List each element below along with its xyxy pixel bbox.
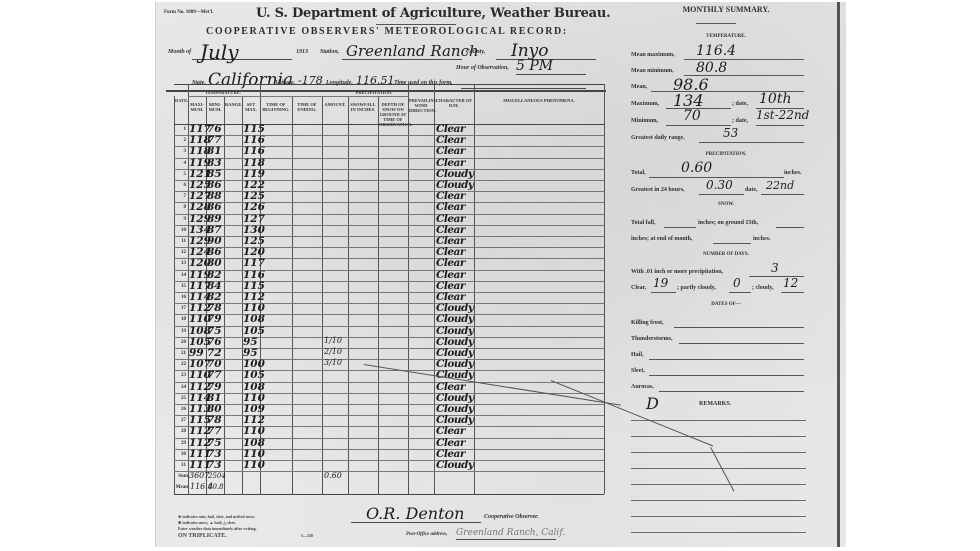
row-date: 20	[172, 340, 186, 345]
row-date: 30	[172, 452, 186, 457]
set-max-cell: 116	[243, 134, 265, 146]
column-divider	[604, 84, 605, 494]
table-row: 211877116Clear	[174, 135, 604, 146]
row-date: 28	[172, 429, 186, 434]
set-max-cell: 120	[243, 246, 265, 258]
character-of-day-cell: Clear	[436, 437, 465, 449]
summary-title: MONTHLY SUMMARY.	[611, 5, 841, 14]
table-row: 812886126Clear	[174, 202, 604, 213]
column-header: TIME OF BEGINNING.	[261, 102, 291, 112]
character-of-day-cell: Clear	[436, 190, 465, 202]
table-row: 912989127Clear	[174, 214, 604, 225]
partly-cloudy-label: ; partly cloudy,	[677, 285, 716, 291]
footnote-3: Enter weather data immediately after wri…	[178, 526, 257, 531]
row-date: 15	[172, 284, 186, 289]
set-max-cell: 110	[243, 302, 265, 314]
min-temp-cell: 86	[207, 246, 222, 258]
set-max-cell: 108	[243, 381, 265, 393]
table-row: 111776115Clear	[174, 124, 604, 135]
character-of-day-cell: Cloudy	[436, 358, 473, 370]
observer-line	[351, 522, 481, 523]
remarks-line	[631, 420, 806, 421]
partly-cloudy-value: 0	[733, 276, 741, 290]
auroras-line	[659, 391, 804, 392]
min-temp-cell: 87	[207, 224, 222, 236]
character-of-day-cell: Cloudy	[436, 414, 473, 426]
snow-ground-label: inches; on ground 15th,	[698, 220, 758, 226]
min-temp-cell: 89	[207, 213, 222, 225]
min-temp-cell: 86	[207, 201, 222, 213]
character-of-day-cell: Cloudy	[436, 325, 473, 337]
greatest-24h-date-label: date,	[745, 187, 758, 193]
row-date: 8	[172, 205, 186, 210]
row-date: 9	[172, 217, 186, 222]
set-max-cell: 116	[243, 269, 265, 281]
min-temp-cell: 75	[207, 325, 222, 337]
row-date: 17	[172, 306, 186, 311]
daily-range-label: Greatest daily range,	[631, 135, 685, 141]
min-temp-cell: 83	[207, 157, 222, 169]
character-of-day-cell: Cloudy	[436, 168, 473, 180]
min-temp-cell: 75	[207, 437, 222, 449]
min-temp-cell: 73	[207, 459, 222, 471]
table-row: 1312080117Clear	[174, 258, 604, 269]
column-header: SET MAX.	[243, 102, 259, 112]
character-of-day-cell: Clear	[436, 291, 465, 303]
table-row: 2611380109Cloudy	[174, 404, 604, 415]
table-row: 3111173110Cloudy	[174, 460, 604, 471]
sum-precip: 0.60	[324, 471, 342, 480]
remarks-line	[631, 516, 806, 517]
set-max-cell: 130	[243, 224, 265, 236]
table-row: 2311077105Cloudy	[174, 370, 604, 381]
thunderstorms-label: Thunderstorms,	[631, 336, 673, 342]
min-date-label: ; date,	[732, 118, 748, 124]
min-temp-cell: 81	[207, 392, 222, 404]
set-max-cell: 125	[243, 235, 265, 247]
mean-min-label: Mean minimum,	[631, 68, 674, 74]
min-temp-cell: 90	[207, 235, 222, 247]
min-temp-cell: 70	[207, 358, 222, 370]
set-max-cell: 119	[243, 168, 265, 180]
min-temp-cell: 76	[207, 123, 222, 135]
row-date: 6	[172, 183, 186, 188]
daily-range-value: 53	[723, 126, 738, 140]
set-max-cell: 110	[243, 459, 265, 471]
remarks-line	[631, 484, 806, 485]
remarks-line	[631, 468, 806, 469]
character-of-day-cell: Clear	[436, 123, 465, 135]
precip-amount-cell: 3/10	[324, 358, 342, 367]
table-row: 712788125Clear	[174, 191, 604, 202]
clear-days-line	[651, 292, 676, 293]
column-header: RANGE.	[225, 102, 241, 107]
mean-max-value: 116.4	[696, 43, 736, 59]
table-row: 1112990125Clear	[174, 236, 604, 247]
hour-value: 5 PM	[516, 58, 553, 74]
precipitation-group-header: PRECIPITATION.	[294, 90, 454, 95]
row-date: 31	[172, 463, 186, 468]
set-max-cell: 115	[243, 280, 265, 292]
character-of-day-cell: Clear	[436, 134, 465, 146]
column-header: MAXI-MUM.	[189, 102, 205, 112]
sum-min: 2504	[208, 472, 226, 480]
character-of-day-cell: Clear	[436, 201, 465, 213]
minimum-label: Minimum,	[631, 118, 658, 124]
precip-amount-cell: 2/10	[324, 347, 342, 356]
table-row: 3011173110Clear	[174, 449, 604, 460]
character-of-day-cell: Clear	[436, 257, 465, 269]
station-label: Station,	[320, 49, 339, 55]
character-of-day-cell: Clear	[436, 246, 465, 258]
set-max-cell: 127	[243, 213, 265, 225]
cloudy-days-line	[781, 292, 804, 293]
row-divider	[174, 471, 604, 472]
row-date: 11	[172, 239, 186, 244]
mean-label: Mean	[174, 485, 188, 490]
set-max-cell: 116	[243, 145, 265, 157]
remarks-line	[631, 532, 806, 533]
character-of-day-cell: Clear	[436, 235, 465, 247]
table-row: 2010576951/10Cloudy	[174, 337, 604, 348]
set-max-cell: 110	[243, 392, 265, 404]
remarks-line	[631, 500, 806, 501]
table-row: 612586122Cloudy	[174, 180, 604, 191]
character-of-day-cell: Clear	[436, 269, 465, 281]
character-of-day-cell: Cloudy	[436, 347, 473, 359]
remarks-heading: REMARKS.	[699, 401, 731, 407]
mean-label: Mean,	[631, 84, 647, 90]
character-of-day-cell: Clear	[436, 425, 465, 437]
character-of-day-cell: Clear	[436, 224, 465, 236]
min-temp-cell: 81	[207, 145, 222, 157]
minimum-value: 70	[683, 108, 701, 124]
observer-signature: O.R. Denton	[366, 504, 464, 523]
cloudy-days-value: 12	[783, 276, 798, 290]
form-code: 5—258	[301, 533, 313, 538]
column-header: CHARACTER OF DAY.	[435, 98, 473, 108]
set-max-cell: 118	[243, 157, 265, 169]
set-max-cell: 122	[243, 179, 265, 191]
greatest-24h-date-line	[761, 194, 804, 195]
mean-min-value: 80.8	[696, 60, 727, 76]
max-temp-cell: 99	[189, 347, 204, 359]
hour-field-line	[516, 74, 586, 75]
min-temp-cell: 80	[207, 403, 222, 415]
auroras-label: Auroras,	[631, 384, 654, 390]
county-label: County,	[466, 49, 485, 55]
row-date: 2	[172, 138, 186, 143]
table-row: 1811079108Cloudy	[174, 314, 604, 325]
table-row: 1611482112Clear	[174, 292, 604, 303]
snow-heading: SNOW.	[611, 202, 841, 207]
column-header: MINI-MUM.	[207, 102, 223, 112]
min-temp-cell: 86	[207, 179, 222, 191]
min-temp-cell: 84	[207, 280, 222, 292]
character-of-day-cell: Cloudy	[436, 313, 473, 325]
min-temp-cell: 78	[207, 302, 222, 314]
row-date: 10	[172, 228, 186, 233]
daily-observations-table: TEMPERATURE. PRECIPITATION. DATE.MAXI-MU…	[174, 84, 604, 504]
hour-label: Hour of Observation,	[456, 65, 509, 71]
row-date: 23	[172, 373, 186, 378]
character-of-day-cell: Clear	[436, 145, 465, 157]
table-row: 1910875105Cloudy	[174, 326, 604, 337]
snow-end-label: inches; at end of month,	[631, 236, 693, 242]
max-date-label: ; date,	[732, 101, 748, 107]
number-of-days-heading: NUMBER OF DAYS.	[611, 252, 841, 257]
remarks-line	[631, 436, 806, 437]
set-max-cell: 105	[243, 325, 265, 337]
maximum-label: Maximum,	[631, 101, 659, 107]
character-of-day-cell: Clear	[436, 448, 465, 460]
greatest-24h-label: Greatest in 24 hours,	[631, 187, 685, 193]
form-number: Form No. 1009—Met'l.	[164, 10, 213, 15]
row-date: 14	[172, 273, 186, 278]
snow-end-inches-label: inches.	[753, 236, 771, 242]
set-max-cell: 110	[243, 425, 265, 437]
min-temp-cell: 73	[207, 448, 222, 460]
row-date: 21	[172, 351, 186, 356]
column-header: MISCELLANEOUS PHENOMENA.	[475, 98, 603, 103]
killing-frost-line	[674, 327, 804, 328]
year-label: 1913	[296, 49, 308, 55]
clear-days-value: 19	[653, 276, 668, 290]
precip-amount-cell: 1/10	[324, 336, 342, 345]
set-max-cell: 117	[243, 257, 265, 269]
set-max-cell: 126	[243, 201, 265, 213]
snow-total-line	[664, 227, 696, 228]
row-date: 5	[172, 172, 186, 177]
table-row: 219972952/10Cloudy	[174, 348, 604, 359]
set-max-cell: 100	[243, 358, 265, 370]
month-label: Month of	[168, 49, 191, 55]
post-office-line	[456, 539, 556, 540]
row-date: 18	[172, 317, 186, 322]
min-temp-cell: 77	[207, 425, 222, 437]
greatest-24h-value: 0.30	[706, 178, 733, 192]
set-max-cell: 95	[243, 336, 258, 348]
row-date: 16	[172, 295, 186, 300]
mean-max-label: Mean maximum,	[631, 52, 675, 58]
character-of-day-cell: Clear	[436, 280, 465, 292]
set-max-cell: 112	[243, 291, 265, 303]
sleet-line	[649, 375, 804, 376]
table-row: 311881116Clear	[174, 146, 604, 157]
table-row: 1711278110Cloudy	[174, 303, 604, 314]
thunderstorms-line	[679, 343, 804, 344]
hail-line	[649, 359, 804, 360]
post-office-value: Greenland Ranch, Calif.	[456, 528, 565, 538]
greatest-24h-date-value: 22nd	[766, 179, 794, 192]
row-date: 12	[172, 250, 186, 255]
snow-total-label: Total fall,	[631, 220, 655, 226]
set-max-cell: 110	[243, 448, 265, 460]
row-date: 13	[172, 261, 186, 266]
min-temp-cell: 77	[207, 369, 222, 381]
row-date: 26	[172, 407, 186, 412]
column-header: PREVAILING WIND DIRECTION.	[409, 98, 433, 113]
precipitation-heading: PRECIPITATION.	[611, 152, 841, 157]
row-date: 1	[172, 127, 186, 132]
sum-label: Sum	[174, 474, 188, 479]
character-of-day-cell: Cloudy	[436, 336, 473, 348]
clear-days-label: Clear,	[631, 285, 646, 291]
table-row: 2711578112Cloudy	[174, 415, 604, 426]
set-max-cell: 105	[243, 369, 265, 381]
station-value: Greenland Ranch	[346, 42, 479, 60]
monthly-summary: MONTHLY SUMMARY. TEMPERATURE. Mean maxim…	[611, 2, 841, 547]
temperature-group-header: TEMPERATURE.	[188, 90, 258, 95]
min-temp-cell: 85	[207, 168, 222, 180]
set-max-cell: 95	[243, 347, 258, 359]
column-header: DATE.	[175, 98, 187, 103]
row-date: 4	[172, 161, 186, 166]
remarks-line	[631, 452, 806, 453]
department-title: U. S. Department of Agriculture, Weather…	[256, 6, 610, 21]
row-date: 22	[172, 362, 186, 367]
min-temp-cell: 72	[207, 347, 222, 359]
mean-min: 80.8	[208, 483, 224, 491]
character-of-day-cell: Cloudy	[436, 179, 473, 191]
character-of-day-cell: Cloudy	[436, 403, 473, 415]
sleet-label: Sleet,	[631, 368, 645, 374]
sum-max: 3607	[189, 471, 209, 480]
set-max-cell: 108	[243, 437, 265, 449]
precip-days-label: With .01 inch or more precipitation,	[631, 269, 723, 275]
observer-label: Cooperative Observer.	[484, 514, 539, 520]
precip-total-value: 0.60	[681, 160, 712, 176]
table-row: 1411982116Clear	[174, 270, 604, 281]
footnote-1: ⊕ indicates rain, hail, sleet, and melte…	[178, 514, 255, 519]
partly-cloudy-line	[729, 292, 751, 293]
row-date: 3	[172, 149, 186, 154]
table-row: 1511784115Clear	[174, 281, 604, 292]
row-date: 19	[172, 329, 186, 334]
min-temp-cell: 77	[207, 134, 222, 146]
table-row: 2811277110Clear	[174, 426, 604, 437]
min-temp-cell: 76	[207, 336, 222, 348]
set-max-cell: 112	[243, 414, 265, 426]
table-row: 2511481110Cloudy	[174, 393, 604, 404]
row-date: 29	[172, 441, 186, 446]
character-of-day-cell: Cloudy	[436, 392, 473, 404]
row-date: 24	[172, 385, 186, 390]
character-of-day-cell: Clear	[436, 381, 465, 393]
summary-rule	[696, 23, 736, 24]
minimum-line	[666, 125, 731, 126]
weather-record-form: Form No. 1009—Met'l. U. S. Department of…	[155, 2, 846, 547]
remarks-mark: D	[646, 394, 659, 413]
row-date: 27	[172, 418, 186, 423]
row-date: 7	[172, 194, 186, 199]
precip-days-value: 3	[771, 261, 779, 275]
min-date-value: 1st-22nd	[756, 108, 809, 122]
character-of-day-cell: Cloudy	[436, 302, 473, 314]
set-max-cell: 115	[243, 123, 265, 135]
group-header-divider	[188, 96, 408, 97]
post-office-label: Post-Office address,	[406, 532, 447, 537]
snow-ground-line	[776, 227, 804, 228]
min-temp-cell: 82	[207, 269, 222, 281]
set-max-cell: 108	[243, 313, 265, 325]
title-rule	[376, 24, 456, 25]
table-row: 411983118Clear	[174, 158, 604, 169]
column-header: TIME OF ENDING.	[293, 102, 321, 112]
column-header: AMOUNT.	[323, 102, 347, 107]
min-temp-cell: 79	[207, 313, 222, 325]
column-header: SNOWFALL IN INCHES.	[349, 102, 377, 112]
daily-range-line	[699, 142, 804, 143]
table-row: 1013487130Clear	[174, 225, 604, 236]
table-row: 2911275108Clear	[174, 438, 604, 449]
min-temp-cell: 88	[207, 190, 222, 202]
max-date-value: 10th	[759, 91, 791, 107]
footnote-2: ✱ indicates snow; ▲ hail; △ sleet.	[178, 520, 236, 525]
min-temp-cell: 80	[207, 257, 222, 269]
table-row: 512185119Cloudy	[174, 169, 604, 180]
row-divider	[174, 84, 604, 85]
record-title: COOPERATIVE OBSERVERS' METEOROLOGICAL RE…	[206, 26, 568, 37]
character-of-day-cell: Clear	[436, 157, 465, 169]
character-of-day-cell: Cloudy	[436, 459, 473, 471]
table-row: 1212486120Clear	[174, 247, 604, 258]
min-temp-cell: 79	[207, 381, 222, 393]
month-value: July	[200, 40, 239, 64]
min-date-line	[756, 125, 804, 126]
printing-note: ON TRIPLICATE.	[178, 533, 227, 539]
set-max-cell: 109	[243, 403, 265, 415]
set-max-cell: 125	[243, 190, 265, 202]
min-temp-cell: 82	[207, 291, 222, 303]
row-date: 25	[172, 396, 186, 401]
precip-total-inches-label: inches.	[784, 170, 802, 176]
cloudy-days-label: ; cloudy,	[752, 285, 774, 291]
precip-total-label: Total,	[631, 170, 646, 176]
character-of-day-cell: Clear	[436, 213, 465, 225]
temperature-heading: TEMPERATURE.	[611, 34, 841, 39]
min-temp-cell: 78	[207, 414, 222, 426]
row-divider	[174, 494, 604, 495]
greatest-24h-line	[699, 194, 744, 195]
dates-of-heading: DATES OF—	[611, 302, 841, 307]
hail-label: Hail,	[631, 352, 644, 358]
snow-end-line	[713, 243, 751, 244]
killing-frost-label: Killing frost,	[631, 320, 664, 326]
